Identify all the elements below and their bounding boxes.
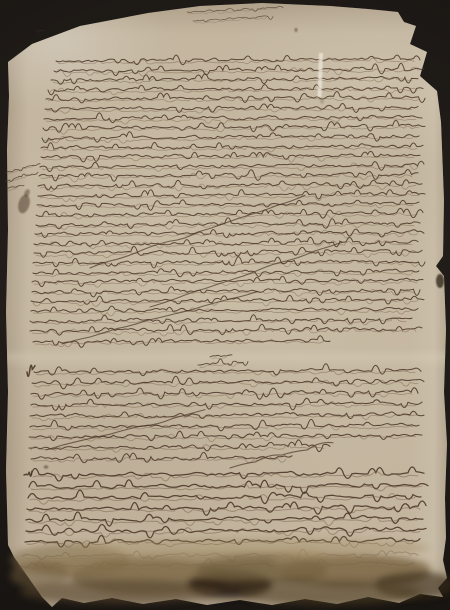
manuscript-page: [0, 0, 450, 610]
manuscript-photo: [0, 0, 450, 610]
handwriting-corner-mark: [36, 30, 45, 33]
